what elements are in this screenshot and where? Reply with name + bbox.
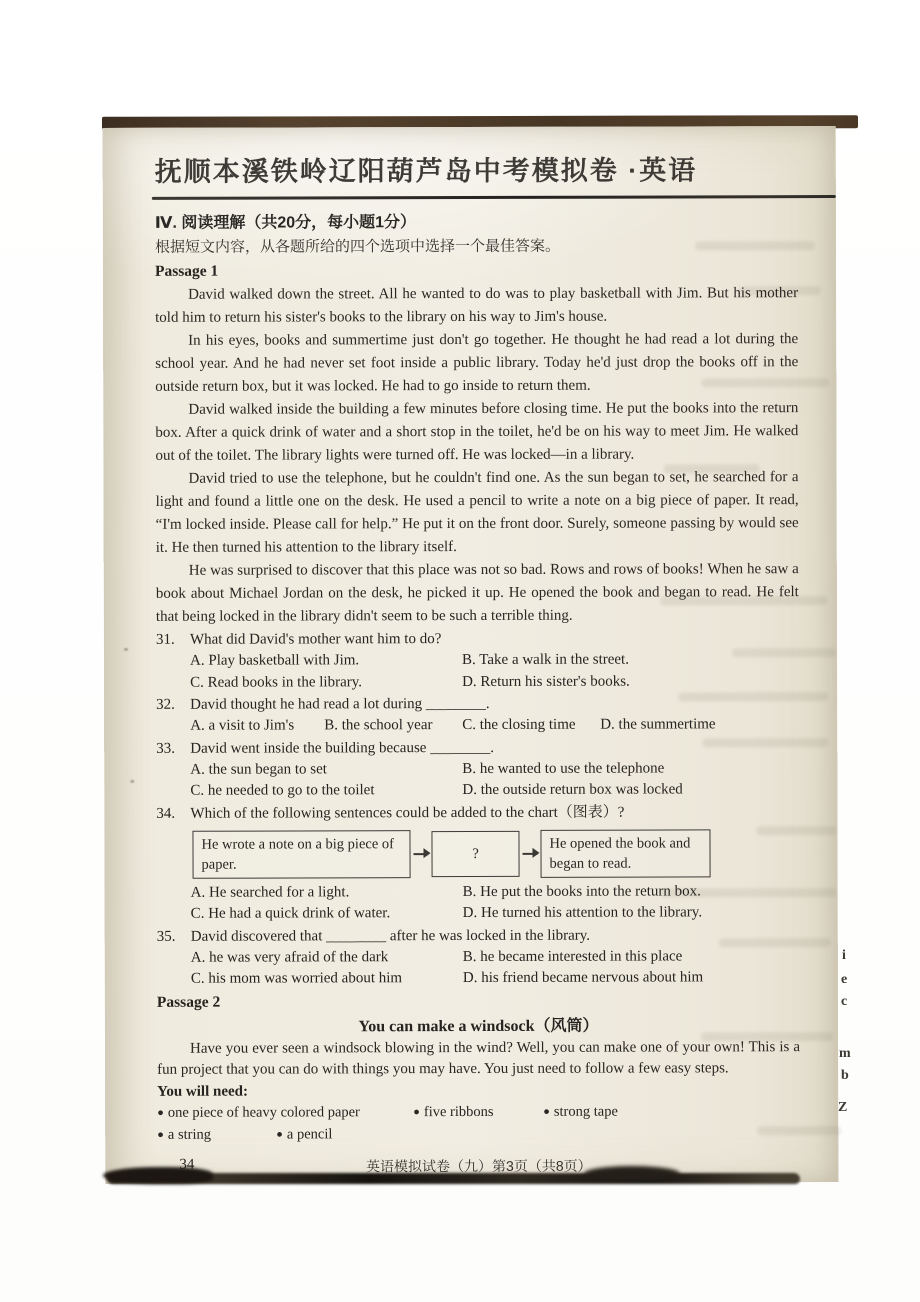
page-title: 抚顺本溪铁岭辽阳葫芦岛中考模拟卷 ·英语 — [155, 154, 798, 188]
bullet-icon: ● — [157, 1128, 164, 1140]
edge-letter: c — [841, 994, 847, 1010]
flowchart: He wrote a note on a big piece of paper.… — [192, 829, 799, 879]
title-rule — [152, 195, 836, 200]
edge-letter: m — [839, 1046, 851, 1062]
bullet-icon: ● — [276, 1128, 283, 1140]
option-a: A. a visit to Jim's — [190, 715, 324, 737]
material-text: five ribbons — [424, 1103, 494, 1119]
material-text: one piece of heavy colored paper — [168, 1104, 360, 1121]
question-33: 33. David went inside the building becau… — [156, 737, 799, 803]
paragraph: In his eyes, books and summertime just d… — [155, 328, 798, 399]
you-will-need-label: You will need: — [157, 1079, 800, 1103]
bullet-icon: ● — [543, 1105, 550, 1117]
question-stem: Which of the following sentences could b… — [190, 802, 799, 825]
passage2-paragraph: Have you ever seen a windsock blowing in… — [157, 1037, 800, 1081]
question-34: 34. Which of the following sentences cou… — [156, 802, 799, 926]
materials-row-1: ●one piece of heavy colored paper ●five … — [157, 1101, 800, 1125]
exam-paper: 抚顺本溪铁岭辽阳葫芦岛中考模拟卷 ·英语 Ⅳ. 阅读理解（共20分，每小题1分）… — [103, 126, 839, 1184]
edge-letter: b — [841, 1068, 849, 1084]
option-b: B. He put the books into the return box. — [463, 881, 800, 903]
option-d: D. the summertime — [600, 714, 799, 736]
flow-box-last: He opened the book and began to read. — [540, 829, 710, 877]
paragraph: David walked inside the building a few m… — [155, 397, 798, 468]
question-stem: What did David's mother want him to do? — [190, 628, 799, 651]
option-a: A. He searched for a light. — [191, 882, 463, 904]
question-35: 35. David discovered that ________ after… — [157, 925, 800, 991]
question-number: 33. — [156, 738, 190, 759]
material-item: ●strong tape — [543, 1101, 800, 1124]
paper-bottom-shadow — [106, 1173, 800, 1184]
materials-row-2: ●a string ●a pencil — [157, 1123, 800, 1147]
edge-letter: Z — [838, 1100, 847, 1116]
option-b: B. he wanted to use the telephone — [462, 758, 799, 780]
edge-letter: i — [842, 948, 846, 964]
passage1-label: Passage 1 — [155, 258, 798, 284]
option-d: D. his friend became nervous about him — [463, 967, 800, 989]
paragraph: He was surprised to discover that this p… — [156, 558, 799, 629]
material-item: ●a pencil — [276, 1123, 800, 1146]
section-instruction: 根据短文内容，从各题所给的四个选项中选择一个最佳答案。 — [155, 234, 798, 260]
question-stem: David discovered that ________ after he … — [191, 925, 800, 948]
bullet-icon: ● — [413, 1106, 420, 1118]
passage2-label: Passage 2 — [157, 989, 800, 1015]
right-arrow-icon — [414, 853, 429, 855]
question-stem: David went inside the building because _… — [190, 737, 799, 760]
option-d: D. He turned his attention to the librar… — [463, 902, 800, 924]
material-item: ●five ribbons — [413, 1101, 543, 1123]
passage2-title: You can make a windsock（风筒） — [157, 1014, 800, 1039]
material-text: strong tape — [554, 1103, 618, 1119]
option-d: D. Return his sister's books. — [462, 671, 799, 693]
option-d: D. the outside return box was locked — [462, 779, 799, 801]
material-item: ●a string — [157, 1124, 276, 1146]
section-heading: Ⅳ. 阅读理解（共20分，每小题1分） — [155, 210, 798, 236]
option-c: C. the closing time — [462, 715, 600, 737]
option-c: C. He had a quick drink of water. — [191, 903, 463, 925]
option-c: C. his mom was worried about him — [191, 968, 463, 990]
question-number: 35. — [157, 926, 191, 947]
question-number: 34. — [156, 803, 190, 824]
material-item: ●one piece of heavy colored paper — [157, 1102, 413, 1125]
option-a: A. he was very afraid of the dark — [191, 947, 463, 969]
question-stem: David thought he had read a lot during _… — [190, 693, 799, 716]
material-text: a string — [168, 1126, 211, 1142]
option-c: C. he needed to go to the toilet — [190, 780, 462, 802]
option-a: A. the sun began to set — [190, 759, 462, 781]
photo-background: 抚顺本溪铁岭辽阳葫芦岛中考模拟卷 ·英语 Ⅳ. 阅读理解（共20分，每小题1分）… — [0, 0, 920, 1302]
question-32: 32. David thought he had read a lot duri… — [156, 693, 799, 737]
paragraph: David tried to use the telephone, but he… — [156, 466, 799, 560]
option-b: B. Take a walk in the street. — [462, 649, 799, 671]
right-arrow-icon — [523, 852, 538, 854]
option-c: C. Read books in the library. — [190, 672, 462, 694]
question-31: 31. What did David's mother want him to … — [156, 628, 799, 694]
question-number: 32. — [156, 695, 190, 716]
paragraph: David walked down the street. All he wan… — [155, 282, 798, 330]
paper-content: 抚顺本溪铁岭辽阳葫芦岛中考模拟卷 ·英语 Ⅳ. 阅读理解（共20分，每小题1分）… — [103, 126, 839, 1184]
option-b: B. the school year — [324, 715, 462, 737]
material-text: a pencil — [287, 1126, 333, 1142]
edge-letter: e — [841, 972, 847, 988]
option-a: A. Play basketball with Jim. — [190, 650, 462, 672]
question-number: 31. — [156, 630, 190, 651]
option-b: B. he became interested in this place — [463, 946, 800, 968]
bullet-icon: ● — [157, 1106, 164, 1118]
flow-box-question: ? — [431, 830, 519, 876]
flow-box-first: He wrote a note on a big piece of paper. — [192, 830, 410, 879]
